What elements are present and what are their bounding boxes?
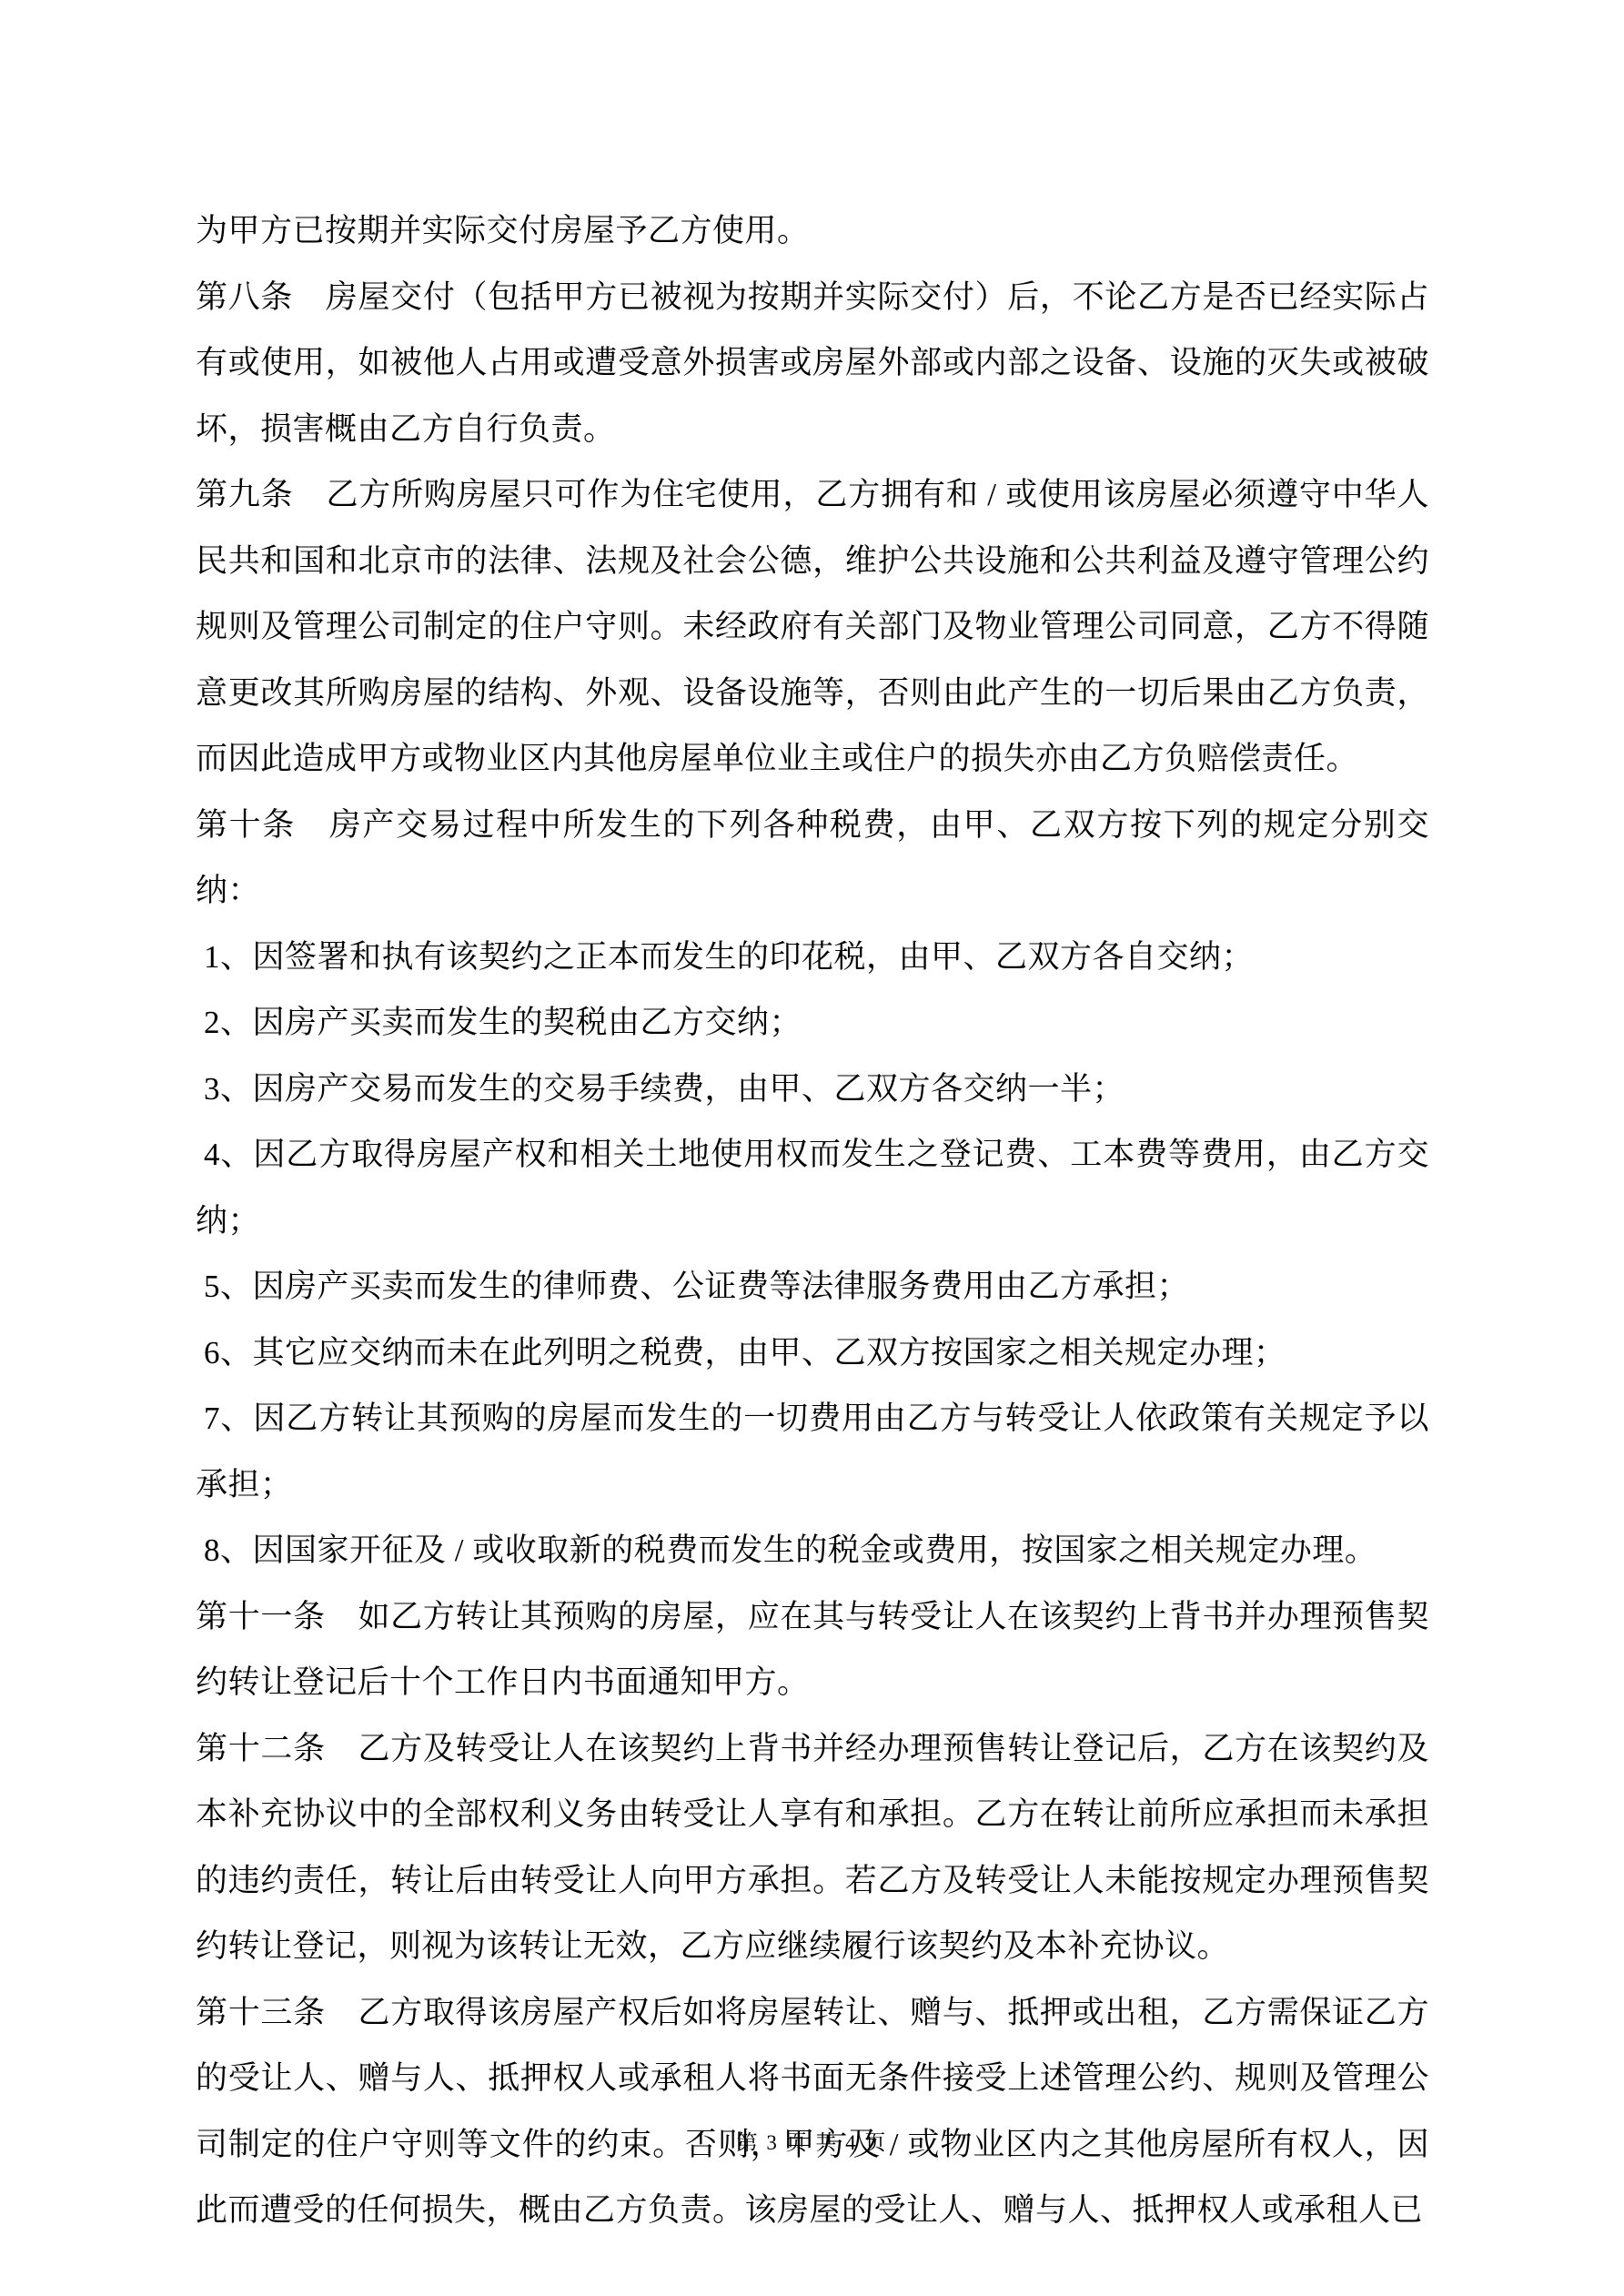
paragraph: 第九条 乙方所购房屋只可作为住宅使用，乙方拥有和 / 或使用该房屋必须遵守中华人… [196, 462, 1429, 793]
list-item-paragraph: 3、因房产交易而发生的交易手续费，由甲、乙双方各交纳一半； [196, 1057, 1429, 1123]
paragraph: 为甲方已按期并实际交付房屋予乙方使用。 [196, 198, 1429, 265]
list-item-paragraph: 8、因国家开征及 / 或收取新的税费而发生的税金或费用，按国家之相关规定办理。 [196, 1518, 1429, 1584]
list-item-paragraph: 7、因乙方转让其预购的房屋而发生的一切费用由乙方与转受让人依政策有关规定予以承担… [196, 1386, 1429, 1518]
list-item-paragraph: 6、其它应交纳而未在此列明之税费，由甲、乙双方按国家之相关规定办理； [196, 1320, 1429, 1387]
paragraph: 第十条 房产交易过程中所发生的下列各种税费，由甲、乙双方按下列的规定分别交纳： [196, 793, 1429, 925]
list-item-paragraph: 4、因乙方取得房屋产权和相关土地使用权而发生之登记费、工本费等费用，由乙方交纳； [196, 1122, 1429, 1254]
list-item-paragraph: 5、因房产买卖而发生的律师费、公证费等法律服务费用由乙方承担； [196, 1254, 1429, 1320]
document-page: 为甲方已按期并实际交付房屋予乙方使用。第八条 房屋交付（包括甲方已被视为按期并实… [0, 0, 1624, 2296]
page-footer: 第 3 页 共 4 页 [0, 2128, 1624, 2159]
paragraph: 第八条 房屋交付（包括甲方已被视为按期并实际交付）后，不论乙方是否已经实际占有或… [196, 265, 1429, 463]
list-item-paragraph: 2、因房产买卖而发生的契税由乙方交纳； [196, 990, 1429, 1057]
paragraph: 第十三条 乙方取得该房屋产权后如将房屋转让、赠与、抵押或出租，乙方需保证乙方的受… [196, 1980, 1429, 2244]
list-item-paragraph: 1、因签署和执有该契约之正本而发生的印花税，由甲、乙双方各自交纳； [196, 925, 1429, 991]
paragraph: 第十二条 乙方及转受让人在该契约上背书并经办理预售转让登记后，乙方在该契约及本补… [196, 1716, 1429, 1980]
paragraph: 第十一条 如乙方转让其预购的房屋，应在其与转受让人在该契约上背书并办理预售契约转… [196, 1584, 1429, 1716]
document-body: 为甲方已按期并实际交付房屋予乙方使用。第八条 房屋交付（包括甲方已被视为按期并实… [196, 198, 1429, 2244]
